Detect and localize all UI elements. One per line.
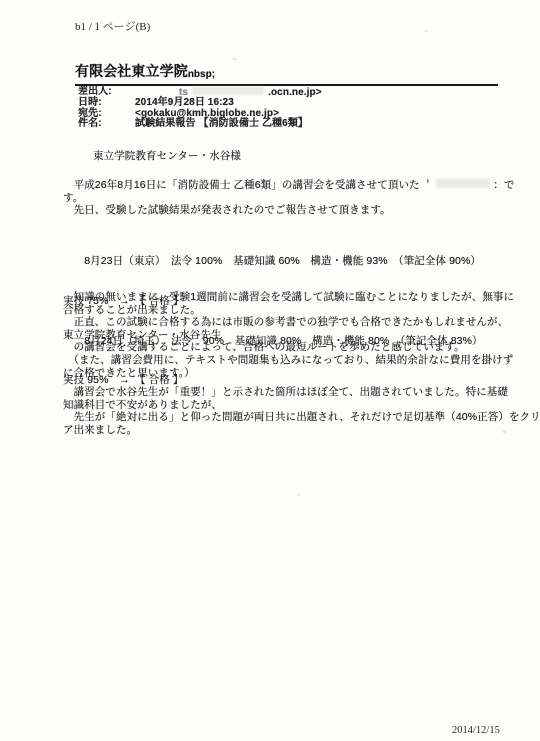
html-entity-artifact: nbsp; (188, 69, 215, 80)
print-page-header: b1 / 1 ページ(B) (75, 18, 150, 34)
scan-speck (297, 494, 300, 496)
paragraph-intro: 平成26年8月16日に「消防設備士 乙種6類」の講習会を受講させて頂いた ＇：で… (63, 179, 514, 217)
subject-label: 件名: (78, 119, 135, 129)
redacted-name (436, 179, 490, 188)
sender-domain: .ocn.ne.jp> (268, 87, 322, 98)
greeting-line: 東立学院教育センター・水谷様 (93, 148, 241, 163)
intro-text-pre: 平成26年8月16日に「消防設備士 乙種6類」の講習会を受講させて頂いた ＇ (63, 179, 433, 191)
scanned-email-page: { "scan": { "print_header": "b1 / 1 ページ(… (0, 0, 540, 741)
paragraph-impressions: 知識の無いままに、受験1週間前に講習会を受講して試験に臨むことになりましたが、無… (63, 291, 514, 379)
email-meta-block: 差出人: ts.ocn.ne.jp> 日時: 2014年9月28日 16:23 … (78, 87, 322, 129)
scan-speck (424, 30, 428, 32)
company-letterhead: 有限会社東立学院nbsp; (75, 61, 498, 86)
scan-speck (232, 58, 237, 60)
result-line-tokyo: 8月23日（東京） 法令 100% 基礎知識 60% 構造・機能 93% （筆記… (63, 255, 483, 268)
company-name: 有限会社東立学院 (75, 63, 188, 79)
subject-value: 試験結果報告 【消防設備士 乙種6類】 (135, 119, 308, 129)
scan-speck (503, 430, 506, 433)
print-footer-date: 2014/12/15 (452, 725, 500, 736)
redacted-sender-address (192, 87, 264, 95)
meta-row-subject: 件名: 試験結果報告 【消防設備士 乙種6類】 (78, 119, 322, 129)
paragraph-lecture-feedback: 講習会で水谷先生が「重要！」と示された箇所はほぼ全て、出題されていました。特に基… (63, 386, 540, 436)
